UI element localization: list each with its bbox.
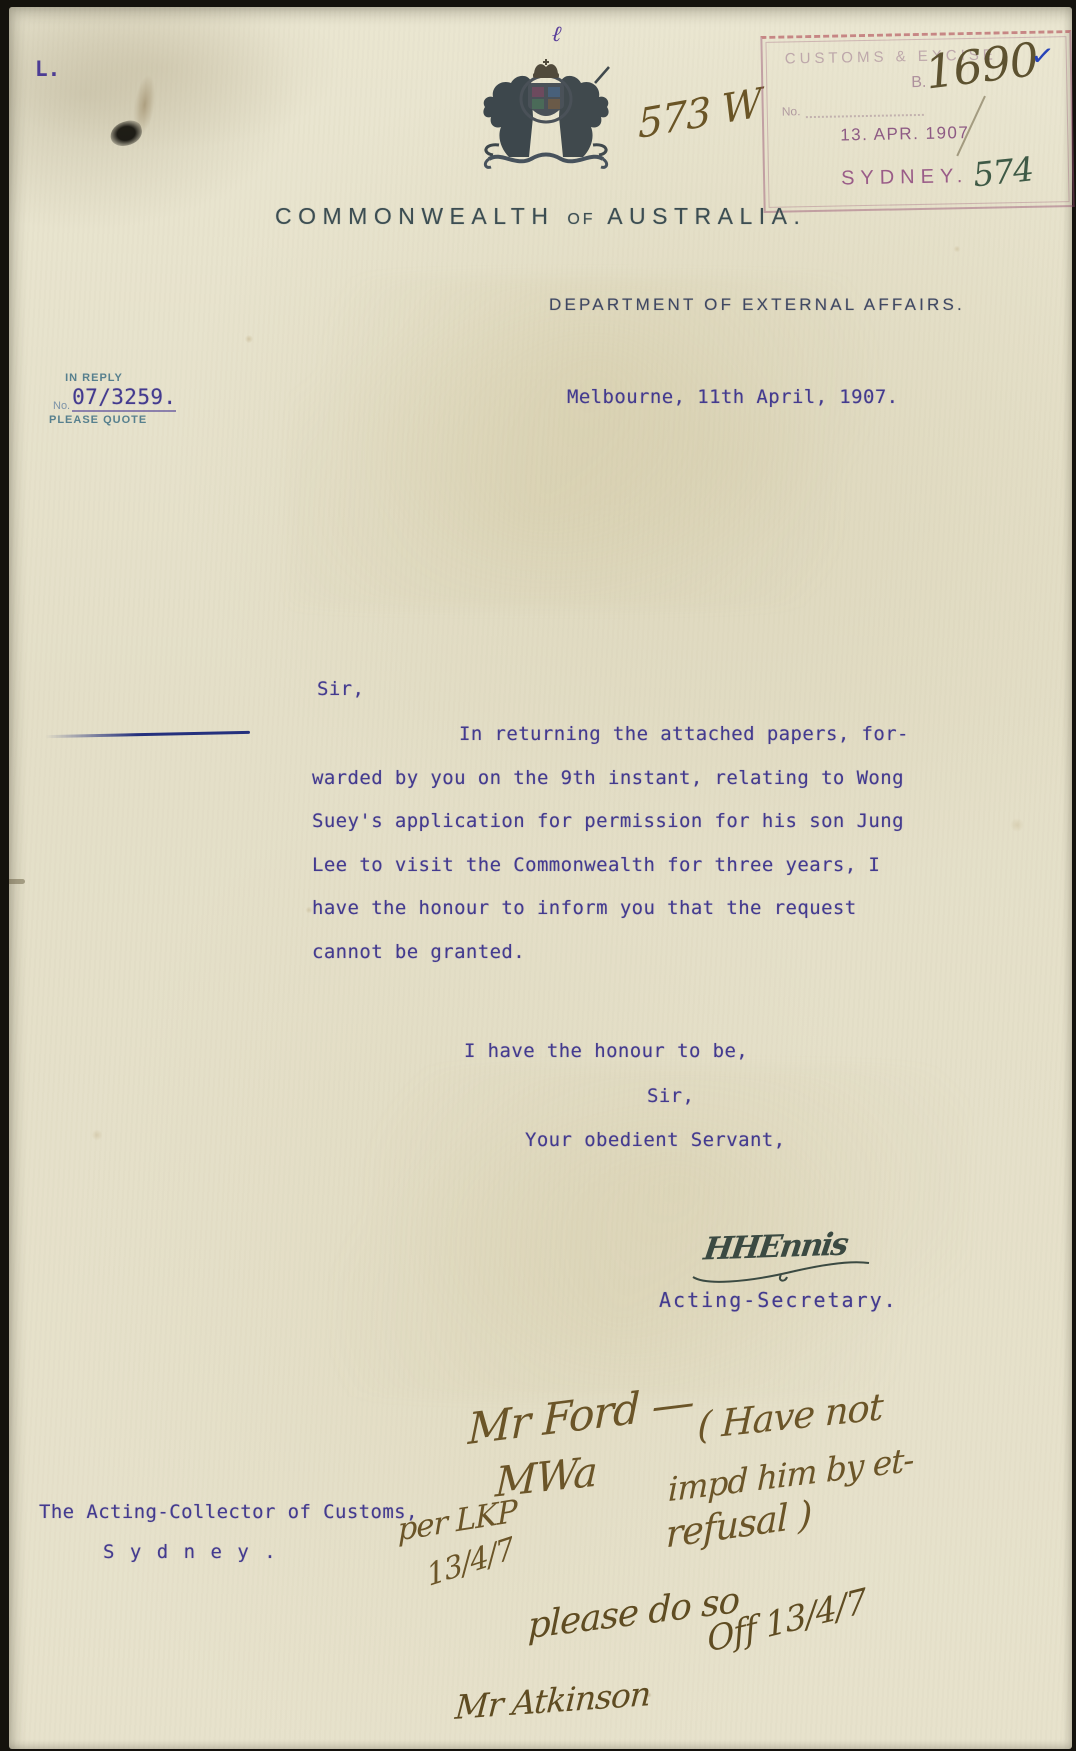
ink-blot [108, 118, 144, 148]
dotted-leader [806, 114, 924, 118]
reply-note-line: PLEASE QUOTE [49, 413, 139, 427]
stamp-city-number-handwritten: 574 [971, 149, 1035, 194]
body-line: warded by you on the 9th instant, relati… [312, 767, 904, 789]
closing-line: I have the honour to be, [464, 1040, 748, 1062]
pen-tick-mark: ℓ [551, 21, 562, 48]
stamp-number-handwritten: 1690 [922, 32, 1041, 100]
stamp-city: SYDNEY. [841, 165, 969, 190]
edge-artifact [9, 879, 25, 884]
annotation-ford: Mr Ford — [467, 1377, 694, 1455]
margin-pen-stroke [45, 731, 250, 738]
stamp-b-label: B. [911, 74, 926, 92]
stamp-date: 13. APR. 1907 [840, 123, 970, 145]
reply-note-line: IN REPLY [49, 371, 139, 385]
body-line: have the honour to inform you that the r… [312, 897, 857, 919]
annotation-atkinson: Mr Atkinson [454, 1674, 652, 1727]
body-line: Suey's application for permission for hi… [312, 810, 904, 832]
closing-line: Your obedient Servant, [525, 1129, 785, 1151]
blue-checkmark-icon: ✓ [1031, 35, 1055, 75]
customs-receipt-stamp: CUSTOMS & EXCISE B. 1690 No. 13. APR. 19… [760, 30, 1074, 213]
dateline: Melbourne, 11th April, 1907. [567, 386, 899, 408]
body-line: In returning the attached papers, for- [459, 723, 909, 745]
bleed-through-stain [329, 1067, 969, 1397]
annotation-have-not: ( Have not [697, 1385, 884, 1448]
closing-line: Sir, [647, 1085, 694, 1107]
recipient-address-city: S y d n e y . [103, 1541, 278, 1563]
file-number-handwritten: 573 W [637, 80, 762, 148]
ink-smudge [91, 60, 188, 169]
signatory-title: Acting-Secretary. [659, 1288, 898, 1312]
stamp-no-label: No. [782, 104, 801, 118]
paper: L. ℓ 573 W CUSTOMS & EXCISE [9, 7, 1072, 1749]
scanned-letter: L. ℓ 573 W CUSTOMS & EXCISE [0, 0, 1076, 1751]
ref-label: No. [53, 400, 70, 412]
salutation: Sir, [317, 678, 364, 700]
ref-value: 07/3259. [72, 385, 176, 412]
signature-flourish [685, 1253, 875, 1285]
org-word: AUSTRALIA. [607, 203, 806, 229]
body-line: cannot be granted. [312, 941, 525, 963]
letterhead-org: COMMONWEALTH OF AUSTRALIA. [275, 203, 806, 230]
letterhead-department: DEPARTMENT OF EXTERNAL AFFAIRS. [549, 295, 965, 315]
org-word: COMMONWEALTH [275, 203, 554, 229]
recipient-address-line: The Acting-Collector of Customs, [39, 1501, 418, 1523]
org-of: OF [567, 211, 595, 228]
reference-number: No.07/3259. [53, 385, 176, 409]
coat-of-arms-icon [471, 57, 621, 179]
body-line: Lee to visit the Commonwealth for three … [312, 854, 880, 876]
bleed-through-stain [289, 277, 909, 607]
register-letter-mark: L. [35, 57, 60, 81]
